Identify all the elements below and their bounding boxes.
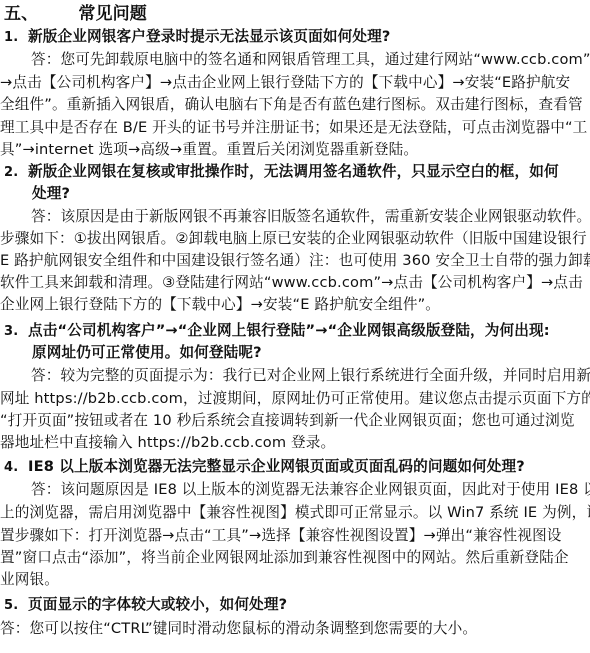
faq-5-answer-line: 答：您可以按住“CTRL”键同时滑动您鼠标的滑动条调整到您需要的大小。 [0, 618, 477, 640]
faq-4-answer-line: 业网银。 [0, 569, 59, 591]
faq-2-answer-line: E 路护航网银安全组件和中国建设银行签名通）注：也可使用 360 安全卫士自带的… [0, 250, 590, 272]
faq-number: 4. [0, 457, 28, 479]
faq-2-answer-line: 软件工具来卸载和清理。③登陆建行网站“www.ccb.com”→点击【公司机构客… [0, 272, 583, 294]
faq-number: 2. [0, 162, 28, 184]
faq-3-answer-line: 答：较为完整的页面提示为：我行已对企业网上银行系统进行全面升级，并同时启用新 [0, 365, 590, 387]
faq-4-answer-line: 置”窗口点击“添加”，将当前企业网银网址添加到兼容性视图中的网站。然后重新登陆企 [0, 547, 569, 569]
faq-1-answer-line: 具”→internet 选项→高级→重置。重置后关闭浏览器重新登陆。 [0, 139, 418, 161]
section-number: 五、 [4, 4, 38, 24]
faq-number: 3. [0, 321, 28, 343]
faq-1-question: 1.新版企业网银客户登录时提示无法显示该页面如何处理? [0, 26, 390, 48]
faq-1-answer-line: 全组件”。重新插入网银盾，确认电脑右下角是否有蓝色建行图标。双击建行图标，查看管 [0, 94, 583, 116]
faq-1-answer-line: 答：您可先卸载原电脑中的签名通和网银盾管理工具，通过建行网站“www.ccb.c… [0, 49, 590, 71]
faq-5-question: 5.页面显示的字体较大或较小，如何处理? [0, 594, 287, 616]
faq-2-answer-line: 答：该原因是由于新版网银不再兼容旧版签名通软件，需重新安装企业网银驱动软件。 [0, 206, 590, 228]
faq-2-question-cont: 处理? [0, 183, 70, 205]
faq-4-question: 4.IE8 以上版本浏览器无法完整显示企业网银页面或页面乱码的问题如何处理? [0, 456, 525, 478]
faq-3-answer-line: 网址 https://b2b.ccb.com，过渡期间，原网址仍可正常使用。建议… [0, 388, 590, 410]
faq-3-question: 3.点击“公司机构客户”→“企业网上银行登陆”→“企业网银高级版登陆，为何出现: [0, 320, 550, 342]
faq-2-answer-line: 步骤如下：①拔出网银盾。②卸载电脑上原已安装的企业网银驱动软件（旧版中国建设银行 [0, 228, 587, 250]
faq-1-answer-line: →点击【公司机构客户】→点击企业网上银行登陆下方的【下载中心】→安装“E路护航安 [0, 72, 570, 94]
faq-3-answer-line: 器地址栏中直接输入 https://b2b.ccb.com 登录。 [0, 432, 335, 454]
faq-3-question-cont: 原网址仍可正常使用。如何登陆呢? [0, 342, 262, 364]
section-heading: 五、常见问题 [4, 3, 147, 25]
faq-3-answer-line: “打开页面”按钮或者在 10 秒后系统会直接调转到新一代企业网银页面；您也可通过… [0, 410, 575, 432]
faq-2-question: 2.新版企业网银在复核或审批操作时，无法调用签名通软件，只显示空白的框，如何 [0, 161, 559, 183]
faq-2-answer-line: 企业网上银行登陆下方的【下载中心】→安装“E 路护航安全组件”。 [0, 294, 440, 316]
faq-number: 1. [0, 27, 28, 49]
faq-4-answer-line: 上的浏览器，需启用浏览器中【兼容性视图】模式即可正常显示。以 Win7 系统 I… [0, 502, 590, 524]
faq-1-answer-line: 理工具中是否存在 B/E 开头的证书号并注册证书；如果还是无法登陆，可点击浏览器… [0, 117, 587, 139]
faq-4-answer-line: 置步骤如下：打开浏览器→点击“工具”→选择【兼容性视图设置】→弹出“兼容性视图设 [0, 525, 562, 547]
section-title: 常见问题 [78, 4, 147, 24]
faq-4-answer-line: 答：该问题原因是 IE8 以上版本的浏览器无法兼容企业网银页面，因此对于使用 I… [0, 479, 590, 501]
faq-number: 5. [0, 595, 28, 617]
